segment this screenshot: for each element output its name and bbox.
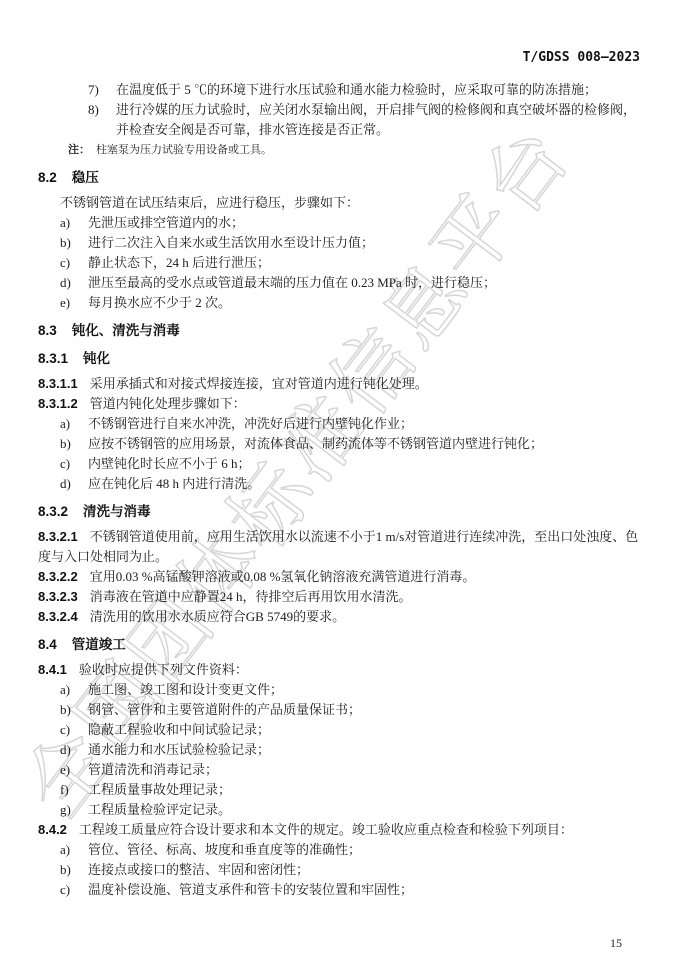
list-item-label: c)	[60, 720, 88, 740]
lettered-list: a)不锈钢管进行自来水冲洗，冲洗好后进行内壁钝化作业；b)应按不锈钢管的应用场景…	[38, 414, 640, 494]
list-item-text: 静止状态下，24 h 后进行泄压；	[88, 253, 640, 273]
clause-8.4.1: 8.4.1验收时应提供下列文件资料：	[38, 660, 640, 680]
numbered-list: 7)在温度低于 5 ℃的环境下进行水压试验和通水能力检验时，应采取可靠的防冻措施…	[38, 80, 640, 140]
list-item: b)应按不锈钢管的应用场景，对流体食品、制药流体等不锈钢管道内壁进行钝化；	[38, 434, 640, 454]
list-item-text: 连接点或接口的整洁、牢固和密闭性；	[88, 860, 640, 880]
list-item: d)泄压至最高的受水点或管道最末端的压力值在 0.23 MPa 时，进行稳压；	[38, 273, 640, 293]
list-item-label: d)	[60, 474, 88, 494]
page-number: 15	[610, 936, 622, 951]
clause-text: 采用承插式和对接式焊接连接，宜对管道内进行钝化处理。	[90, 376, 428, 391]
list-item-label: b)	[60, 434, 88, 454]
document-header-code: T/GDSS 008—2023	[523, 50, 640, 65]
list-item-text: 应在钝化后 48 h 内进行清洗。	[88, 474, 640, 494]
list-item-label: b)	[60, 700, 88, 720]
section-number: 8.4	[38, 635, 57, 655]
list-item: b)进行二次注入自来水或生活饮用水至设计压力值；	[38, 233, 640, 253]
list-item-label: c)	[60, 253, 88, 273]
clause-number: 8.4.1	[38, 662, 67, 677]
clause-8.3.2.3: 8.3.2.3消毒液在管道中应静置24 h，待排空后再用饮用水清洗。	[38, 587, 640, 607]
list-item-label: e)	[60, 760, 88, 780]
list-item: d)通水能力和水压试验检验记录；	[38, 740, 640, 760]
list-item: f)工程质量事故处理记录；	[38, 780, 640, 800]
list-item-text: 进行冷媒的压力试验时，应关闭水泵输出阀，开启排气阀的检修阀和真空破坏器的检修阀，…	[116, 100, 640, 140]
list-item: e)每月换水应不少于 2 次。	[38, 293, 640, 313]
clause-number: 8.4.2	[38, 822, 67, 837]
list-item: c)温度补偿设施、管道支承件和管卡的安装位置和牢固性；	[38, 880, 640, 900]
section-number: 8.3.2	[38, 502, 68, 522]
section-title: 清洗与消毒	[83, 502, 151, 522]
list-item: a)先泄压或排空管道内的水；	[38, 213, 640, 233]
list-item: 8)进行冷媒的压力试验时，应关闭水泵输出阀，开启排气阀的检修阀和真空破坏器的检修…	[38, 100, 640, 140]
list-item-label: e)	[60, 293, 88, 313]
note-text: 柱塞泵为压力试验专用设备或工具。	[96, 144, 272, 156]
list-item-text: 温度补偿设施、管道支承件和管卡的安装位置和牢固性；	[88, 880, 640, 900]
clause-8.4.2: 8.4.2工程竣工质量应符合设计要求和本文件的规定。竣工验收应重点检查和检验下列…	[38, 820, 640, 840]
list-item: c)内壁钝化时长应不小于 6 h；	[38, 454, 640, 474]
list-item-label: c)	[60, 454, 88, 474]
clause-8.3.2.4: 8.3.2.4清洗用的饮用水水质应符合GB 5749的要求。	[38, 607, 640, 627]
lettered-list: a)管位、管径、标高、坡度和垂直度等的准确性；b)连接点或接口的整洁、牢固和密闭…	[38, 840, 640, 900]
list-item-text: 应按不锈钢管的应用场景，对流体食品、制药流体等不锈钢管道内壁进行钝化；	[88, 434, 640, 454]
section-title: 钝化	[83, 349, 110, 369]
clause-text: 清洗用的饮用水水质应符合GB 5749的要求。	[90, 609, 345, 624]
list-item-text: 钢管、管件和主要管道附件的产品质量保证书；	[88, 700, 640, 720]
list-item: e)管道清洗和消毒记录；	[38, 760, 640, 780]
list-item: g)工程质量检验评定记录。	[38, 800, 640, 820]
section-heading-8.3: 8.3钝化、清洗与消毒	[38, 321, 640, 341]
list-item-text: 工程质量检验评定记录。	[88, 800, 640, 820]
section-title: 管道竣工	[72, 635, 126, 655]
list-item-label: a)	[60, 213, 88, 233]
clause-number: 8.3.2.2	[38, 569, 78, 584]
list-item-text: 泄压至最高的受水点或管道最末端的压力值在 0.23 MPa 时，进行稳压；	[88, 273, 640, 293]
list-item-text: 管道清洗和消毒记录；	[88, 760, 640, 780]
list-item-text: 隐蔽工程验收和中间试验记录；	[88, 720, 640, 740]
list-item-label: g)	[60, 800, 88, 820]
list-item-label: 7)	[88, 80, 116, 100]
list-item-text: 进行二次注入自来水或生活饮用水至设计压力值；	[88, 233, 640, 253]
clause-text: 不锈钢管道使用前，应用生活饮用水以流速不小于1 m/s对管道进行连续冲洗，至出口…	[38, 529, 638, 564]
section-number: 8.2	[38, 168, 57, 188]
list-item: d)应在钝化后 48 h 内进行清洗。	[38, 474, 640, 494]
list-item: b)钢管、管件和主要管道附件的产品质量保证书；	[38, 700, 640, 720]
clause-number: 8.3.1.2	[38, 396, 78, 411]
note: 注：柱塞泵为压力试验专用设备或工具。	[68, 140, 640, 160]
section-number: 8.3.1	[38, 349, 68, 369]
list-item-text: 不锈钢管进行自来水冲洗，冲洗好后进行内壁钝化作业；	[88, 414, 640, 434]
list-item: b)连接点或接口的整洁、牢固和密闭性；	[38, 860, 640, 880]
list-item-label: a)	[60, 840, 88, 860]
clause-number: 8.3.2.3	[38, 589, 78, 604]
list-item: 7)在温度低于 5 ℃的环境下进行水压试验和通水能力检验时，应采取可靠的防冻措施…	[38, 80, 640, 100]
list-item-text: 施工图、竣工图和设计变更文件；	[88, 680, 640, 700]
clause-8.3.1.1: 8.3.1.1采用承插式和对接式焊接连接，宜对管道内进行钝化处理。	[38, 374, 640, 394]
list-item-label: d)	[60, 740, 88, 760]
clause-text: 宜用0.03 %高锰酸钾溶液或0.08 %氢氧化钠溶液充满管道进行消毒。	[90, 569, 476, 584]
list-item: a)不锈钢管进行自来水冲洗，冲洗好后进行内壁钝化作业；	[38, 414, 640, 434]
list-item-text: 每月换水应不少于 2 次。	[88, 293, 640, 313]
section-heading-8.2: 8.2稳压	[38, 168, 640, 188]
list-item-label: c)	[60, 880, 88, 900]
list-item-label: 8)	[88, 100, 116, 140]
list-item-label: a)	[60, 414, 88, 434]
list-item: a)施工图、竣工图和设计变更文件；	[38, 680, 640, 700]
lettered-list: a)先泄压或排空管道内的水；b)进行二次注入自来水或生活饮用水至设计压力值；c)…	[38, 213, 640, 313]
section-heading-8.3.2: 8.3.2清洗与消毒	[38, 502, 640, 522]
list-item: c)隐蔽工程验收和中间试验记录；	[38, 720, 640, 740]
list-item-text: 在温度低于 5 ℃的环境下进行水压试验和通水能力检验时，应采取可靠的防冻措施；	[116, 80, 640, 100]
list-item-label: b)	[60, 233, 88, 253]
list-item-text: 先泄压或排空管道内的水；	[88, 213, 640, 233]
clause-text: 管道内钝化处理步骤如下：	[90, 396, 246, 411]
section-title: 稳压	[72, 168, 99, 188]
document-page: 全国团体标准信息平台 T/GDSS 008—2023 7)在温度低于 5 ℃的环…	[0, 0, 680, 972]
clause-text: 消毒液在管道中应静置24 h，待排空后再用饮用水清洗。	[90, 589, 412, 604]
clause-8.3.2.2: 8.3.2.2宜用0.03 %高锰酸钾溶液或0.08 %氢氧化钠溶液充满管道进行…	[38, 567, 640, 587]
paragraph: 不锈钢管道在试压结束后，应进行稳压，步骤如下：	[38, 193, 640, 213]
list-item-text: 工程质量事故处理记录；	[88, 780, 640, 800]
list-item: a)管位、管径、标高、坡度和垂直度等的准确性；	[38, 840, 640, 860]
clause-number: 8.3.2.1	[38, 529, 78, 544]
list-item-label: d)	[60, 273, 88, 293]
list-item: c)静止状态下，24 h 后进行泄压；	[38, 253, 640, 273]
note-label: 注：	[68, 144, 90, 156]
clause-8.3.2.1: 8.3.2.1不锈钢管道使用前，应用生活饮用水以流速不小于1 m/s对管道进行连…	[38, 527, 640, 567]
list-item-text: 内壁钝化时长应不小于 6 h；	[88, 454, 640, 474]
clause-number: 8.3.2.4	[38, 609, 78, 624]
list-item-label: b)	[60, 860, 88, 880]
clause-8.3.1.2: 8.3.1.2管道内钝化处理步骤如下：	[38, 394, 640, 414]
section-heading-8.4: 8.4管道竣工	[38, 635, 640, 655]
clause-text: 工程竣工质量应符合设计要求和本文件的规定。竣工验收应重点检查和检验下列项目：	[79, 822, 573, 837]
clause-text: 验收时应提供下列文件资料：	[79, 662, 248, 677]
list-item-label: a)	[60, 680, 88, 700]
section-heading-8.3.1: 8.3.1钝化	[38, 349, 640, 369]
section-title: 钝化、清洗与消毒	[72, 321, 180, 341]
lettered-list: a)施工图、竣工图和设计变更文件；b)钢管、管件和主要管道附件的产品质量保证书；…	[38, 680, 640, 820]
section-number: 8.3	[38, 321, 57, 341]
clause-number: 8.3.1.1	[38, 376, 78, 391]
list-item-text: 管位、管径、标高、坡度和垂直度等的准确性；	[88, 840, 640, 860]
document-body: 7)在温度低于 5 ℃的环境下进行水压试验和通水能力检验时，应采取可靠的防冻措施…	[38, 80, 640, 900]
list-item-label: f)	[60, 780, 88, 800]
list-item-text: 通水能力和水压试验检验记录；	[88, 740, 640, 760]
